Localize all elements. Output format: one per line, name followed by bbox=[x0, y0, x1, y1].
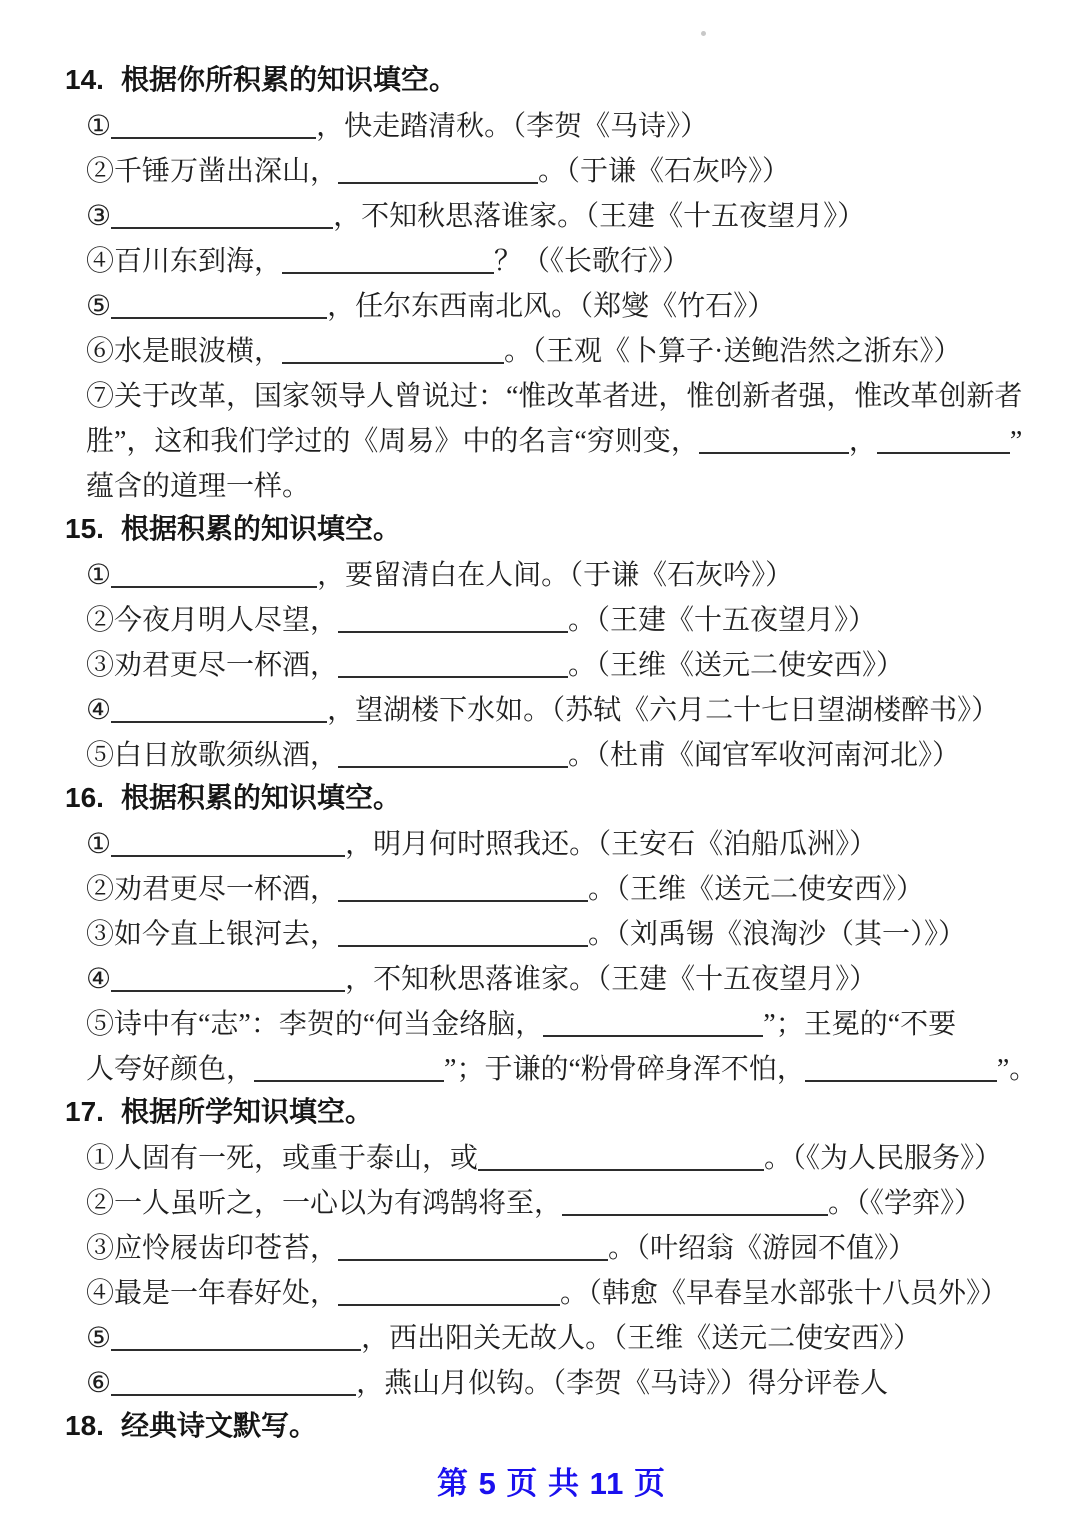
question-item: ②一人虽听之，一心以为有鸿鹄将至，。（《学弈》） bbox=[86, 1181, 1038, 1226]
worksheet-page: 14.根据你所积累的知识填空。①，快走踏清秋。（李贺《马诗》）②千锤万凿出深山，… bbox=[0, 0, 1080, 1528]
answer-blank-underline bbox=[338, 742, 568, 768]
question-text: ②今夜月明人尽望， bbox=[86, 605, 338, 636]
question-items: ①人固有一死，或重于泰山，或。（《为人民服务》）②一人虽听之，一心以为有鸿鹄将至… bbox=[65, 1136, 1038, 1406]
answer-blank-underline bbox=[338, 1280, 560, 1306]
question-line: ③应怜屐齿印苍苔，。（叶绍翁《游园不值》） bbox=[86, 1226, 1038, 1271]
question-text: ① bbox=[86, 560, 111, 591]
question-items: ①，明月何时照我还。（王安石《泊船瓜洲》）②劝君更尽一杯酒，。（王维《送元二使安… bbox=[65, 822, 1038, 1092]
question-line: ⑤，任尔东西南北风。（郑燮《竹石》） bbox=[86, 284, 1038, 329]
question-section-16: 16.根据积累的知识填空。①，明月何时照我还。（王安石《泊船瓜洲》）②劝君更尽一… bbox=[65, 780, 1038, 1092]
question-item: ③，不知秋思落谁家。（王建《十五夜望月》） bbox=[86, 194, 1038, 239]
question-text: 人夸好颜色， bbox=[86, 1054, 254, 1085]
answer-blank-underline bbox=[338, 652, 568, 678]
question-text: 。（《学弈》） bbox=[828, 1188, 982, 1219]
question-section-18: 18.经典诗文默写。 bbox=[65, 1408, 1038, 1444]
question-text: ③如今直上银河去， bbox=[86, 919, 338, 950]
question-text: ④最是一年春好处， bbox=[86, 1278, 338, 1309]
question-text: ，任尔东西南北风。（郑燮《竹石》） bbox=[327, 291, 775, 322]
question-item: ①，明月何时照我还。（王安石《泊船瓜洲》） bbox=[86, 822, 1038, 867]
question-text: ③ bbox=[86, 201, 111, 232]
question-line: 人夸好颜色，”；于谦的“粉骨碎身浑不怕，”。 bbox=[86, 1047, 1038, 1092]
question-section-17: 17.根据所学知识填空。①人固有一死，或重于泰山，或。（《为人民服务》）②一人虽… bbox=[65, 1094, 1038, 1406]
question-line: ①，要留清白在人间。（于谦《石灰吟》） bbox=[86, 553, 1038, 598]
scan-artifact-dot bbox=[701, 31, 706, 36]
question-text: ⑤白日放歌须纵酒， bbox=[86, 740, 338, 771]
question-line: ④，不知秋思落谁家。（王建《十五夜望月》） bbox=[86, 957, 1038, 1002]
question-item: ⑤诗中有“志”：李贺的“何当金络脑，”；王冕的“不要人夸好颜色，”；于谦的“粉骨… bbox=[86, 1002, 1038, 1092]
answer-blank-underline bbox=[282, 338, 504, 364]
question-line: ②千锤万凿出深山，。（于谦《石灰吟》） bbox=[86, 149, 1038, 194]
answer-blank-underline bbox=[478, 1145, 764, 1171]
question-text: ④ bbox=[86, 695, 111, 726]
answer-blank-underline bbox=[111, 1370, 356, 1396]
question-number: 18. bbox=[65, 1408, 104, 1444]
question-title: 根据所学知识填空。 bbox=[121, 1096, 373, 1127]
question-line: ④最是一年春好处，。（韩愈《早春呈水部张十八员外》） bbox=[86, 1271, 1038, 1316]
question-text: ，明月何时照我还。（王安石《泊船瓜洲》） bbox=[345, 829, 877, 860]
question-item: ④，望湖楼下水如。（苏轼《六月二十七日望湖楼醉书》） bbox=[86, 688, 1038, 733]
question-item: ②今夜月明人尽望，。（王建《十五夜望月》） bbox=[86, 598, 1038, 643]
question-line: 蕴含的道理一样。 bbox=[86, 464, 1038, 509]
question-item: ②劝君更尽一杯酒，。（王维《送元二使安西》） bbox=[86, 867, 1038, 912]
question-title: 根据你所积累的知识填空。 bbox=[121, 64, 457, 95]
question-text: 。（韩愈《早春呈水部张十八员外》） bbox=[560, 1278, 1008, 1309]
question-line: ⑥水是眼波横，。（王观《卜算子·送鲍浩然之浙东》） bbox=[86, 329, 1038, 374]
question-text: ， bbox=[849, 426, 877, 457]
answer-blank-underline bbox=[338, 607, 568, 633]
question-text: ⑥ bbox=[86, 1368, 111, 1399]
question-line: ①人固有一死，或重于泰山，或。（《为人民服务》） bbox=[86, 1136, 1038, 1181]
question-text: ②一人虽听之，一心以为有鸿鹄将至， bbox=[86, 1188, 562, 1219]
question-line: ②今夜月明人尽望，。（王建《十五夜望月》） bbox=[86, 598, 1038, 643]
question-text: ②劝君更尽一杯酒， bbox=[86, 874, 338, 905]
question-text: 。（叶绍翁《游园不值》） bbox=[608, 1233, 916, 1264]
question-number: 14. bbox=[65, 62, 104, 98]
question-line: ⑤诗中有“志”：李贺的“何当金络脑，”；王冕的“不要 bbox=[86, 1002, 1038, 1047]
question-line: ①，明月何时照我还。（王安石《泊船瓜洲》） bbox=[86, 822, 1038, 867]
answer-blank-underline bbox=[282, 248, 494, 274]
question-heading: 16.根据积累的知识填空。 bbox=[65, 780, 1038, 816]
answer-blank-underline bbox=[338, 876, 588, 902]
question-text: ，不知秋思落谁家。（王建《十五夜望月》） bbox=[333, 201, 865, 232]
answer-blank-underline bbox=[543, 1011, 763, 1037]
question-line: ③，不知秋思落谁家。（王建《十五夜望月》） bbox=[86, 194, 1038, 239]
question-text: ⑤ bbox=[86, 291, 111, 322]
question-text: ① bbox=[86, 829, 111, 860]
question-text: ”；于谦的“粉骨碎身浑不怕， bbox=[444, 1054, 805, 1085]
question-text: ① bbox=[86, 111, 111, 142]
question-item: ⑦关于改革，国家领导人曾说过：“惟改革者进，惟创新者强，惟改革创新者胜”，这和我… bbox=[86, 374, 1038, 509]
question-heading: 14.根据你所积累的知识填空。 bbox=[65, 62, 1038, 98]
question-item: ①，要留清白在人间。（于谦《石灰吟》） bbox=[86, 553, 1038, 598]
question-text: ⑤ bbox=[86, 1323, 111, 1354]
answer-blank-underline bbox=[111, 966, 345, 992]
question-text: ，快走踏清秋。（李贺《马诗》） bbox=[316, 111, 708, 142]
question-line: ⑦关于改革，国家领导人曾说过：“惟改革者进，惟创新者强，惟改革创新者 bbox=[86, 374, 1038, 419]
question-heading: 17.根据所学知识填空。 bbox=[65, 1094, 1038, 1130]
question-text: 。（《为人民服务》） bbox=[764, 1143, 1002, 1174]
question-items: ①，要留清白在人间。（于谦《石灰吟》）②今夜月明人尽望，。（王建《十五夜望月》）… bbox=[65, 553, 1038, 778]
question-text: ，不知秋思落谁家。（王建《十五夜望月》） bbox=[345, 964, 877, 995]
answer-blank-underline bbox=[111, 203, 333, 229]
question-item: ②千锤万凿出深山，。（于谦《石灰吟》） bbox=[86, 149, 1038, 194]
question-title: 经典诗文默写。 bbox=[121, 1410, 317, 1441]
answer-blank-underline bbox=[338, 1235, 608, 1261]
answer-blank-underline bbox=[562, 1190, 828, 1216]
question-line: ⑤，西出阳关无故人。（王维《送元二使安西》） bbox=[86, 1316, 1038, 1361]
question-title: 根据积累的知识填空。 bbox=[121, 513, 401, 544]
answer-blank-underline bbox=[699, 428, 849, 454]
question-title: 根据积累的知识填空。 bbox=[121, 782, 401, 813]
question-text: 胜”，这和我们学过的《周易》中的名言“穷则变， bbox=[86, 426, 699, 457]
question-text: ，望湖楼下水如。（苏轼《六月二十七日望湖楼醉书》） bbox=[327, 695, 999, 726]
question-line: ②劝君更尽一杯酒，。（王维《送元二使安西》） bbox=[86, 867, 1038, 912]
question-number: 17. bbox=[65, 1094, 104, 1130]
question-text: ⑤诗中有“志”：李贺的“何当金络脑， bbox=[86, 1009, 543, 1040]
question-text: 蕴含的道理一样。 bbox=[86, 471, 310, 502]
question-text: 。（王维《送元二使安西》） bbox=[588, 874, 924, 905]
answer-blank-underline bbox=[111, 831, 345, 857]
question-text: ⑦关于改革，国家领导人曾说过：“惟改革者进，惟创新者强，惟改革创新者 bbox=[86, 381, 1022, 412]
question-line: ②一人虽听之，一心以为有鸿鹄将至，。（《学弈》） bbox=[86, 1181, 1038, 1226]
question-line: ④百川东到海，？（《长歌行》） bbox=[86, 239, 1038, 284]
question-number: 16. bbox=[65, 780, 104, 816]
question-text: ”。 bbox=[997, 1054, 1037, 1085]
question-item: ⑤白日放歌须纵酒，。（杜甫《闻官军收河南河北》） bbox=[86, 733, 1038, 778]
answer-blank-underline bbox=[877, 428, 1010, 454]
question-item: ④，不知秋思落谁家。（王建《十五夜望月》） bbox=[86, 957, 1038, 1002]
question-text: 。（王建《十五夜望月》） bbox=[568, 605, 876, 636]
question-text: ？（《长歌行》） bbox=[494, 246, 690, 277]
question-text: ③劝君更尽一杯酒， bbox=[86, 650, 338, 681]
question-item: ③如今直上银河去，。（刘禹锡《浪淘沙（其一）》） bbox=[86, 912, 1038, 957]
page-number-footer: 第 5 页 共 11 页 bbox=[65, 1458, 1038, 1503]
question-text: 。（杜甫《闻官军收河南河北》） bbox=[568, 740, 960, 771]
answer-blank-underline bbox=[111, 293, 327, 319]
question-item: ⑤，西出阳关无故人。（王维《送元二使安西》） bbox=[86, 1316, 1038, 1361]
question-line: ⑤白日放歌须纵酒，。（杜甫《闻官军收河南河北》） bbox=[86, 733, 1038, 778]
question-item: ③劝君更尽一杯酒，。（王维《送元二使安西》） bbox=[86, 643, 1038, 688]
question-text: ，燕山月似钩。（李贺《马诗》）得分评卷人 bbox=[356, 1368, 888, 1399]
question-text: 。（刘禹锡《浪淘沙（其一）》） bbox=[588, 919, 966, 950]
question-line: ①，快走踏清秋。（李贺《马诗》） bbox=[86, 104, 1038, 149]
question-text: ，要留清白在人间。（于谦《石灰吟》） bbox=[317, 560, 793, 591]
question-heading: 15.根据积累的知识填空。 bbox=[65, 511, 1038, 547]
question-text: ”；王冕的“不要 bbox=[763, 1009, 956, 1040]
question-item: ⑥，燕山月似钩。（李贺《马诗》）得分评卷人 bbox=[86, 1361, 1038, 1406]
question-line: 胜”，这和我们学过的《周易》中的名言“穷则变，，” bbox=[86, 419, 1038, 464]
question-text: ” bbox=[1010, 426, 1022, 457]
question-text: ②千锤万凿出深山， bbox=[86, 156, 338, 187]
question-item: ④最是一年春好处，。（韩愈《早春呈水部张十八员外》） bbox=[86, 1271, 1038, 1316]
answer-blank-underline bbox=[338, 921, 588, 947]
question-line: ③劝君更尽一杯酒，。（王维《送元二使安西》） bbox=[86, 643, 1038, 688]
question-text: ①人固有一死，或重于泰山，或 bbox=[86, 1143, 478, 1174]
answer-blank-underline bbox=[338, 158, 538, 184]
question-items: ①，快走踏清秋。（李贺《马诗》）②千锤万凿出深山，。（于谦《石灰吟》）③，不知秋… bbox=[65, 104, 1038, 509]
question-text: 。（王观《卜算子·送鲍浩然之浙东》） bbox=[504, 336, 961, 367]
question-item: ①，快走踏清秋。（李贺《马诗》） bbox=[86, 104, 1038, 149]
questions: 14.根据你所积累的知识填空。①，快走踏清秋。（李贺《马诗》）②千锤万凿出深山，… bbox=[65, 62, 1038, 1444]
question-text: ④百川东到海， bbox=[86, 246, 282, 277]
answer-blank-underline bbox=[254, 1056, 444, 1082]
question-text: ⑥水是眼波横， bbox=[86, 336, 282, 367]
question-line: ③如今直上银河去，。（刘禹锡《浪淘沙（其一）》） bbox=[86, 912, 1038, 957]
answer-blank-underline bbox=[805, 1056, 997, 1082]
answer-blank-underline bbox=[111, 113, 316, 139]
question-section-14: 14.根据你所积累的知识填空。①，快走踏清秋。（李贺《马诗》）②千锤万凿出深山，… bbox=[65, 62, 1038, 509]
question-number: 15. bbox=[65, 511, 104, 547]
question-line: ⑥，燕山月似钩。（李贺《马诗》）得分评卷人 bbox=[86, 1361, 1038, 1406]
question-item: ⑤，任尔东西南北风。（郑燮《竹石》） bbox=[86, 284, 1038, 329]
question-line: ④，望湖楼下水如。（苏轼《六月二十七日望湖楼醉书》） bbox=[86, 688, 1038, 733]
question-text: ④ bbox=[86, 964, 111, 995]
question-heading: 18.经典诗文默写。 bbox=[65, 1408, 1038, 1444]
question-item: ⑥水是眼波横，。（王观《卜算子·送鲍浩然之浙东》） bbox=[86, 329, 1038, 374]
answer-blank-underline bbox=[111, 697, 327, 723]
question-item: ④百川东到海，？（《长歌行》） bbox=[86, 239, 1038, 284]
answer-blank-underline bbox=[111, 1325, 361, 1351]
question-text: ③应怜屐齿印苍苔， bbox=[86, 1233, 338, 1264]
answer-blank-underline bbox=[111, 562, 317, 588]
question-section-15: 15.根据积累的知识填空。①，要留清白在人间。（于谦《石灰吟》）②今夜月明人尽望… bbox=[65, 511, 1038, 778]
question-text: 。（于谦《石灰吟》） bbox=[538, 156, 790, 187]
question-text: 。（王维《送元二使安西》） bbox=[568, 650, 904, 681]
question-text: ，西出阳关无故人。（王维《送元二使安西》） bbox=[361, 1323, 921, 1354]
question-item: ①人固有一死，或重于泰山，或。（《为人民服务》） bbox=[86, 1136, 1038, 1181]
question-item: ③应怜屐齿印苍苔，。（叶绍翁《游园不值》） bbox=[86, 1226, 1038, 1271]
